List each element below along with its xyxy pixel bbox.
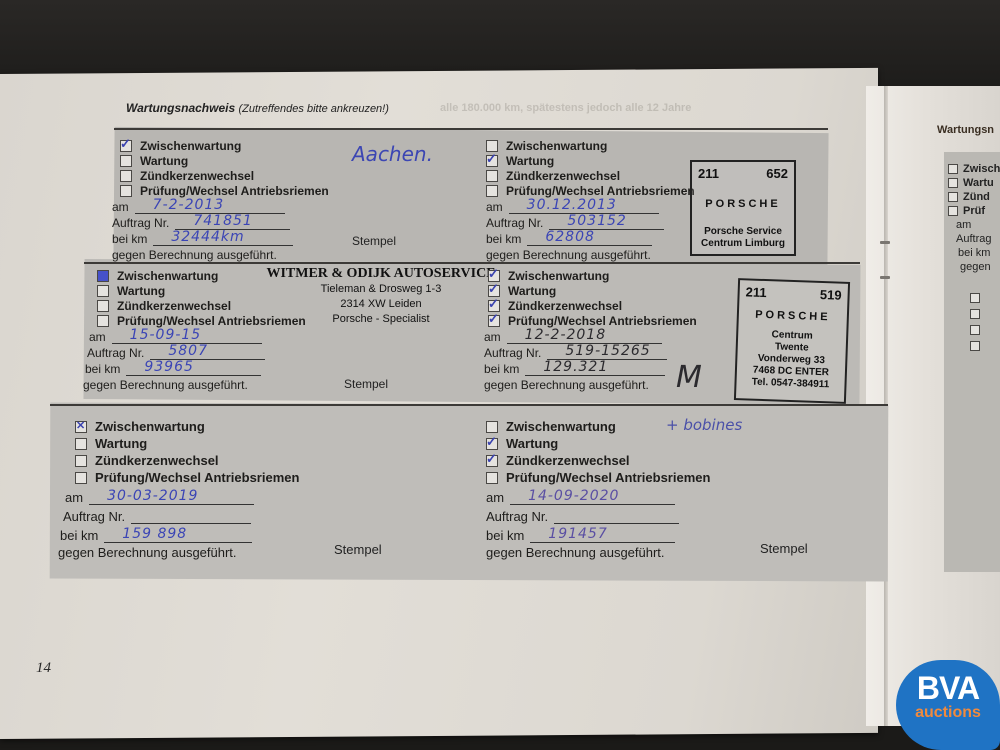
item-label: Zwischenwartung [506,419,616,434]
item-label: Zündkerzenwechsel [117,299,231,313]
field-label: bei km [85,362,120,376]
checkbox[interactable] [970,309,980,319]
checkbox-zuendkerzen[interactable] [97,300,109,312]
handwritten-note: + bobines [666,416,742,434]
item-label: Zündkerzenwechsel [95,453,219,468]
checkbox-wartung[interactable] [486,438,498,450]
stamp-line: Tieleman & Drosweg 1-3 [256,282,506,297]
field-label: am [486,200,503,214]
page-number: 14 [36,660,51,677]
divider [114,128,828,130]
checkbox-zwischenwartung[interactable] [120,140,132,152]
porsche-stamp-limburg: 211 652 PORSCHE Porsche Service Centrum … [690,160,796,256]
km-value[interactable]: 129.321 [543,359,608,375]
field-label: am [65,490,83,505]
service-entry-2: Zwischenwartung Wartung Zündkerzenwechse… [486,138,695,262]
checkbox[interactable] [948,178,958,188]
item-label: Wartung [506,436,558,451]
checkbox-zwischenwartung[interactable] [97,270,109,282]
right-page-entry: Zwisch Wartu Zünd Prüf am Auftrag bei km… [948,162,1000,274]
checkbox-wartung[interactable] [486,155,498,167]
checkbox-zuendkerzen[interactable] [486,455,498,467]
stamp-label: Stempel [352,234,396,248]
field-label: am [484,330,501,344]
confirmation-text: gegen Berechnung ausgeführt. [83,378,306,392]
stamp-number: 211 [745,284,766,300]
checkbox-antriebsriemen[interactable] [120,185,132,197]
field-label: Auftrag Nr. [486,216,543,230]
item-label: Prüfung/Wechsel Antriebsriemen [506,184,695,198]
right-page-entry-2 [970,290,988,354]
field-label: bei km [60,528,98,543]
field-label: Auftrag Nr. [87,346,144,360]
stamp-number: 211 [698,166,719,181]
order-value[interactable]: 741851 [193,213,252,229]
km-value[interactable]: 62808 [545,229,595,245]
right-page-title: Wartungsn [937,124,994,136]
stamp-line: 2314 XW Leiden [256,297,506,312]
porsche-logo-text: PORSCHE [739,308,847,324]
item-label: Wartu [963,176,994,190]
field-label: am [112,200,129,214]
service-entry-1: Zwischenwartung Wartung Zündkerzenwechse… [120,138,329,262]
confirmation-text: gegen Berechnung ausgeführt. [486,248,695,262]
checkbox[interactable] [948,206,958,216]
title-text: Wartungsnachweis [126,101,235,115]
porsche-logo-text: PORSCHE [692,198,794,210]
porsche-stamp-twente: 211 519 PORSCHE Centrum Twente Vonderweg… [734,278,850,404]
date-value[interactable]: 30.12.2013 [527,197,617,213]
order-value[interactable]: 503152 [567,213,626,229]
stamp-company-name: WITMER & ODIJK AUTOSERVICE [256,266,506,282]
date-value[interactable]: 7-2-2013 [153,197,225,213]
checkbox-zuendkerzen[interactable] [120,170,132,182]
field-label: Auftrag Nr. [484,346,541,360]
item-label: Prüfung/Wechsel Antriebsriemen [140,184,329,198]
field-label: bei km [958,246,1000,260]
order-value[interactable]: 519-15265 [565,343,650,359]
item-label: Zwisch [963,162,1000,176]
confirmation-text: gegen Berechnung ausgeführt. [58,545,299,560]
item-label: Zündkerzenwechsel [140,169,254,183]
stamp-label: Stempel [344,377,388,391]
checkbox-antriebsriemen[interactable] [488,315,500,327]
field-label: Auftrag Nr. [112,216,169,230]
title-instruction: (Zutreffendes bitte ankreuzen!) [238,103,388,115]
checkbox-zuendkerzen[interactable] [75,455,87,467]
checkbox[interactable] [970,325,980,335]
km-value[interactable]: 159 898 [122,526,187,542]
checkbox[interactable] [970,293,980,303]
stamp-line: Porsche Service [692,226,794,238]
service-entry-5: Zwischenwartung Wartung Zündkerzenwechse… [75,418,299,560]
item-label: Prüfung/Wechsel Antriebsriemen [506,470,710,485]
date-value[interactable]: 30-03-2019 [107,488,198,504]
field-label: gegen [960,260,1000,274]
item-label: Wartung [140,154,188,168]
confirmation-text: gegen Berechnung ausgeführt. [486,545,710,560]
page-title: Wartungsnachweis (Zutreffendes bitte ank… [126,101,389,115]
field-label: am [89,330,106,344]
item-label: Zünd [963,190,990,204]
item-label: Zwischenwartung [140,139,241,153]
date-value[interactable]: 12-2-2018 [525,327,606,343]
field-label: bei km [486,232,521,246]
checkbox-wartung[interactable] [75,438,87,450]
witmer-odijk-stamp: WITMER & ODIJK AUTOSERVICE Tieleman & Dr… [256,266,506,327]
stamp-address: Porsche Service Centrum Limburg [692,226,794,250]
checkbox-antriebsriemen[interactable] [97,315,109,327]
item-label: Zwischenwartung [117,269,218,283]
field-label: bei km [484,362,519,376]
item-label: Prüf [963,204,985,218]
checkbox-antriebsriemen[interactable] [486,185,498,197]
item-label: Prüfung/Wechsel Antriebsriemen [508,314,697,328]
bva-auctions-logo: BVA auctions [896,660,1000,750]
service-entry-6: Zwischenwartung Wartung Zündkerzenwechse… [486,418,710,560]
checkbox-antriebsriemen[interactable] [486,472,498,484]
item-label: Zwischenwartung [95,419,205,434]
staple [880,276,890,279]
checkbox-antriebsriemen[interactable] [75,472,87,484]
stamp-address: Centrum Twente Vonderweg 33 7468 DC ENTE… [736,328,846,392]
divider [84,262,860,264]
item-label: Wartung [95,436,147,451]
handwritten-note: Aachen. [352,142,433,166]
date-value[interactable]: 15-09-15 [130,327,202,343]
stamp-label: Stempel [334,542,382,557]
item-label: Zwischenwartung [506,139,607,153]
checkbox-wartung[interactable] [120,155,132,167]
field-label: am [956,218,1000,232]
item-label: Wartung [508,284,556,298]
item-label: Wartung [506,154,554,168]
bleedthrough-text: alle 180.000 km, spätestens jedoch alle … [440,102,691,114]
divider [50,404,888,406]
field-label: bei km [112,232,147,246]
field-label: Auftrag [956,232,1000,246]
stamp-line: Centrum Limburg [692,238,794,250]
field-label: am [486,490,504,505]
field-label: Auftrag Nr. [63,509,125,524]
km-value[interactable]: 191457 [548,526,607,542]
checkbox[interactable] [948,192,958,202]
checkbox-wartung[interactable] [97,285,109,297]
km-value[interactable]: 32444km [171,229,244,245]
field-label: bei km [486,528,524,543]
item-label: Zündkerzenwechsel [508,299,622,313]
staple [880,241,890,244]
checkbox[interactable] [970,341,980,351]
item-label: Prüfung/Wechsel Antriebsriemen [95,470,299,485]
stamp-line: Porsche - Specialist [256,312,506,327]
logo-subtitle: auctions [896,704,1000,722]
item-label: Zündkerzenwechsel [506,453,630,468]
service-entry-4: Zwischenwartung Wartung Zündkerzenwechse… [488,268,697,392]
stamp-label: Stempel [760,541,808,556]
checkbox-zwischenwartung[interactable] [75,421,87,433]
stamp-line: Tel. 0547-384911 [736,376,844,392]
confirmation-text: gegen Berechnung ausgeführt. [112,248,329,262]
item-label: Wartung [117,284,165,298]
logo-brand: BVA [896,672,1000,704]
km-value[interactable]: 93965 [144,359,194,375]
item-label: Zündkerzenwechsel [506,169,620,183]
confirmation-text: gegen Berechnung ausgeführt. [484,378,697,392]
checkbox-zuendkerzen[interactable] [486,170,498,182]
order-value[interactable]: 5807 [168,343,208,359]
item-label: Zwischenwartung [508,269,609,283]
signature: M [676,360,702,395]
stamp-number: 519 [820,287,842,303]
checkbox-zwischenwartung[interactable] [486,421,498,433]
stamp-number: 652 [766,166,788,181]
checkbox[interactable] [948,164,958,174]
field-label: Auftrag Nr. [486,509,548,524]
date-value[interactable]: 14-09-2020 [528,488,619,504]
